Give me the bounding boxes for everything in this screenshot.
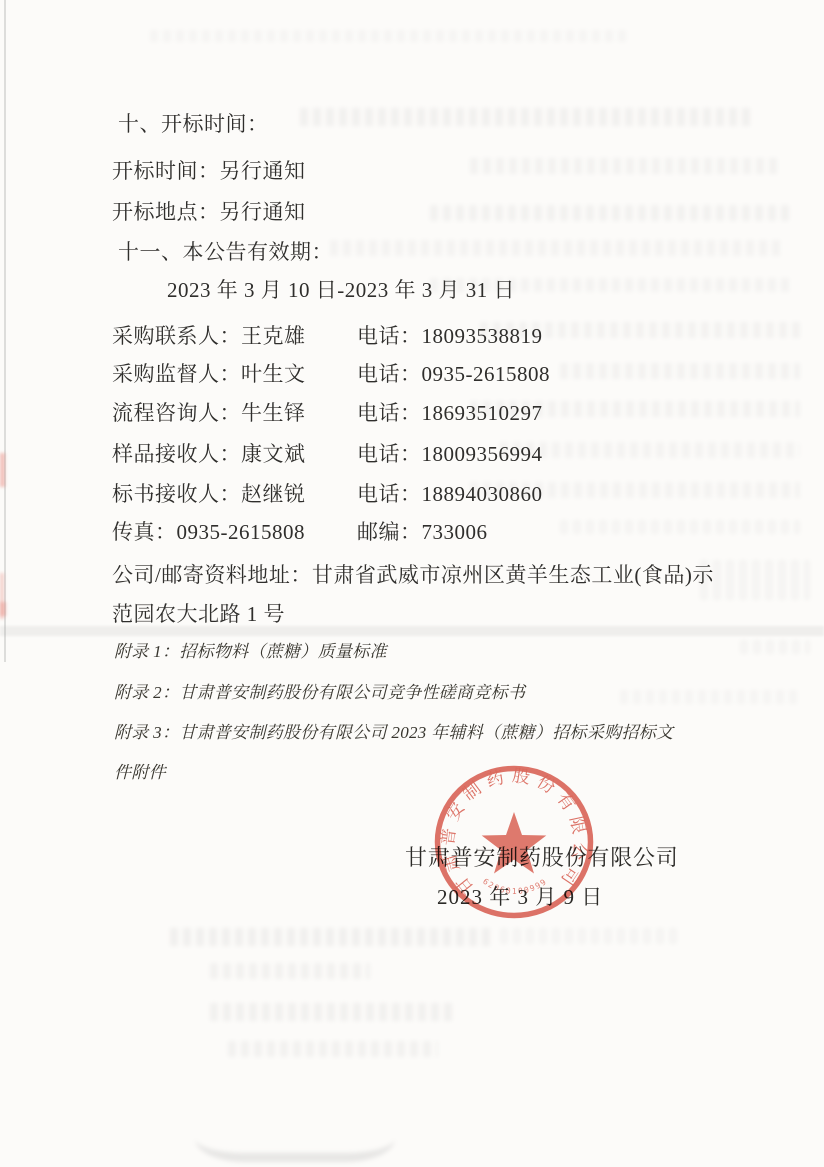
mailing-address: 公司/邮寄资料地址：甘肃省武威市凉州区黄羊生态工业(食品)示范园农大北路 1 号 [112,556,720,634]
contact-row: 采购联系人：王克雄 电话：18093538819 [112,320,752,346]
contact-phone: 电话：18093538819 [357,320,543,350]
bleed-through-smudge [470,158,780,174]
bleed-through-smudge [150,30,630,42]
contact-row: 流程咨询人：牛生铎 电话：18693510297 [112,397,752,423]
signature-company: 甘肃普安制药股份有限公司 [405,841,679,872]
contact-postcode: 邮编：733006 [357,516,488,546]
appendix-1: 附录 1：招标物料（蔗糖）质量标准 [114,632,679,672]
validity-period: 2023 年 3 月 10 日-2023 年 3 月 31 日 [167,274,515,304]
contact-phone: 电话：18693510297 [357,397,543,427]
bleed-through-smudge [500,928,680,944]
contact-phone: 电话：18894030860 [357,478,543,508]
contact-person: 采购监督人：叶生文 [112,358,306,388]
contact-person: 流程咨询人：牛生铎 [112,397,306,427]
contact-phone: 电话：0935-2615808 [357,358,550,388]
contact-phone: 电话：18009356994 [357,438,543,468]
bid-open-place: 开标地点：另行通知 [112,196,306,226]
red-edge-mark [0,453,5,487]
scan-edge-line [4,0,6,662]
bid-open-time: 开标时间：另行通知 [112,155,306,185]
signature-date: 2023 年 3 月 9 日 [437,881,603,911]
contact-row: 标书接收人：赵继锐 电话：18894030860 [112,478,752,504]
bleed-through-smudge [430,205,790,221]
contact-fax: 传真：0935-2615808 [112,516,305,546]
bleed-through-smudge [170,928,490,946]
section-10-heading: 十、开标时间： [118,108,269,138]
contact-row: 传真：0935-2615808 邮编：733006 [112,516,752,542]
bleed-through-smudge [228,1041,438,1057]
contact-person: 标书接收人：赵继锐 [112,478,306,508]
appendix-3: 附录 3：甘肃普安制药股份有限公司 2023 年辅料（蔗糖）招标采购招标文件附件 [114,713,679,793]
contact-row: 采购监督人：叶生文 电话：0935-2615808 [112,358,752,384]
bleed-through-smudge [330,240,780,256]
bleed-through-smudge [300,108,755,126]
contact-row: 样品接收人：康文斌 电话：18009356994 [112,438,752,464]
bleed-through-smudge [210,1003,455,1021]
document-page: 十、开标时间： 开标时间：另行通知 开标地点：另行通知 十一、本公告有效期： 2… [0,0,824,1167]
appendix-2: 附录 2：甘肃普安制药股份有限公司竞争性磋商竞标书 [114,673,679,713]
bleed-through-smudge [740,640,810,654]
bleed-through-smudge [210,963,370,979]
section-11-heading: 十一、本公告有效期： [118,236,333,266]
contact-person: 样品接收人：康文斌 [112,438,306,468]
contact-person: 采购联系人：王克雄 [112,320,306,350]
red-edge-mark [0,602,6,616]
bleed-through-arc [195,1115,395,1162]
